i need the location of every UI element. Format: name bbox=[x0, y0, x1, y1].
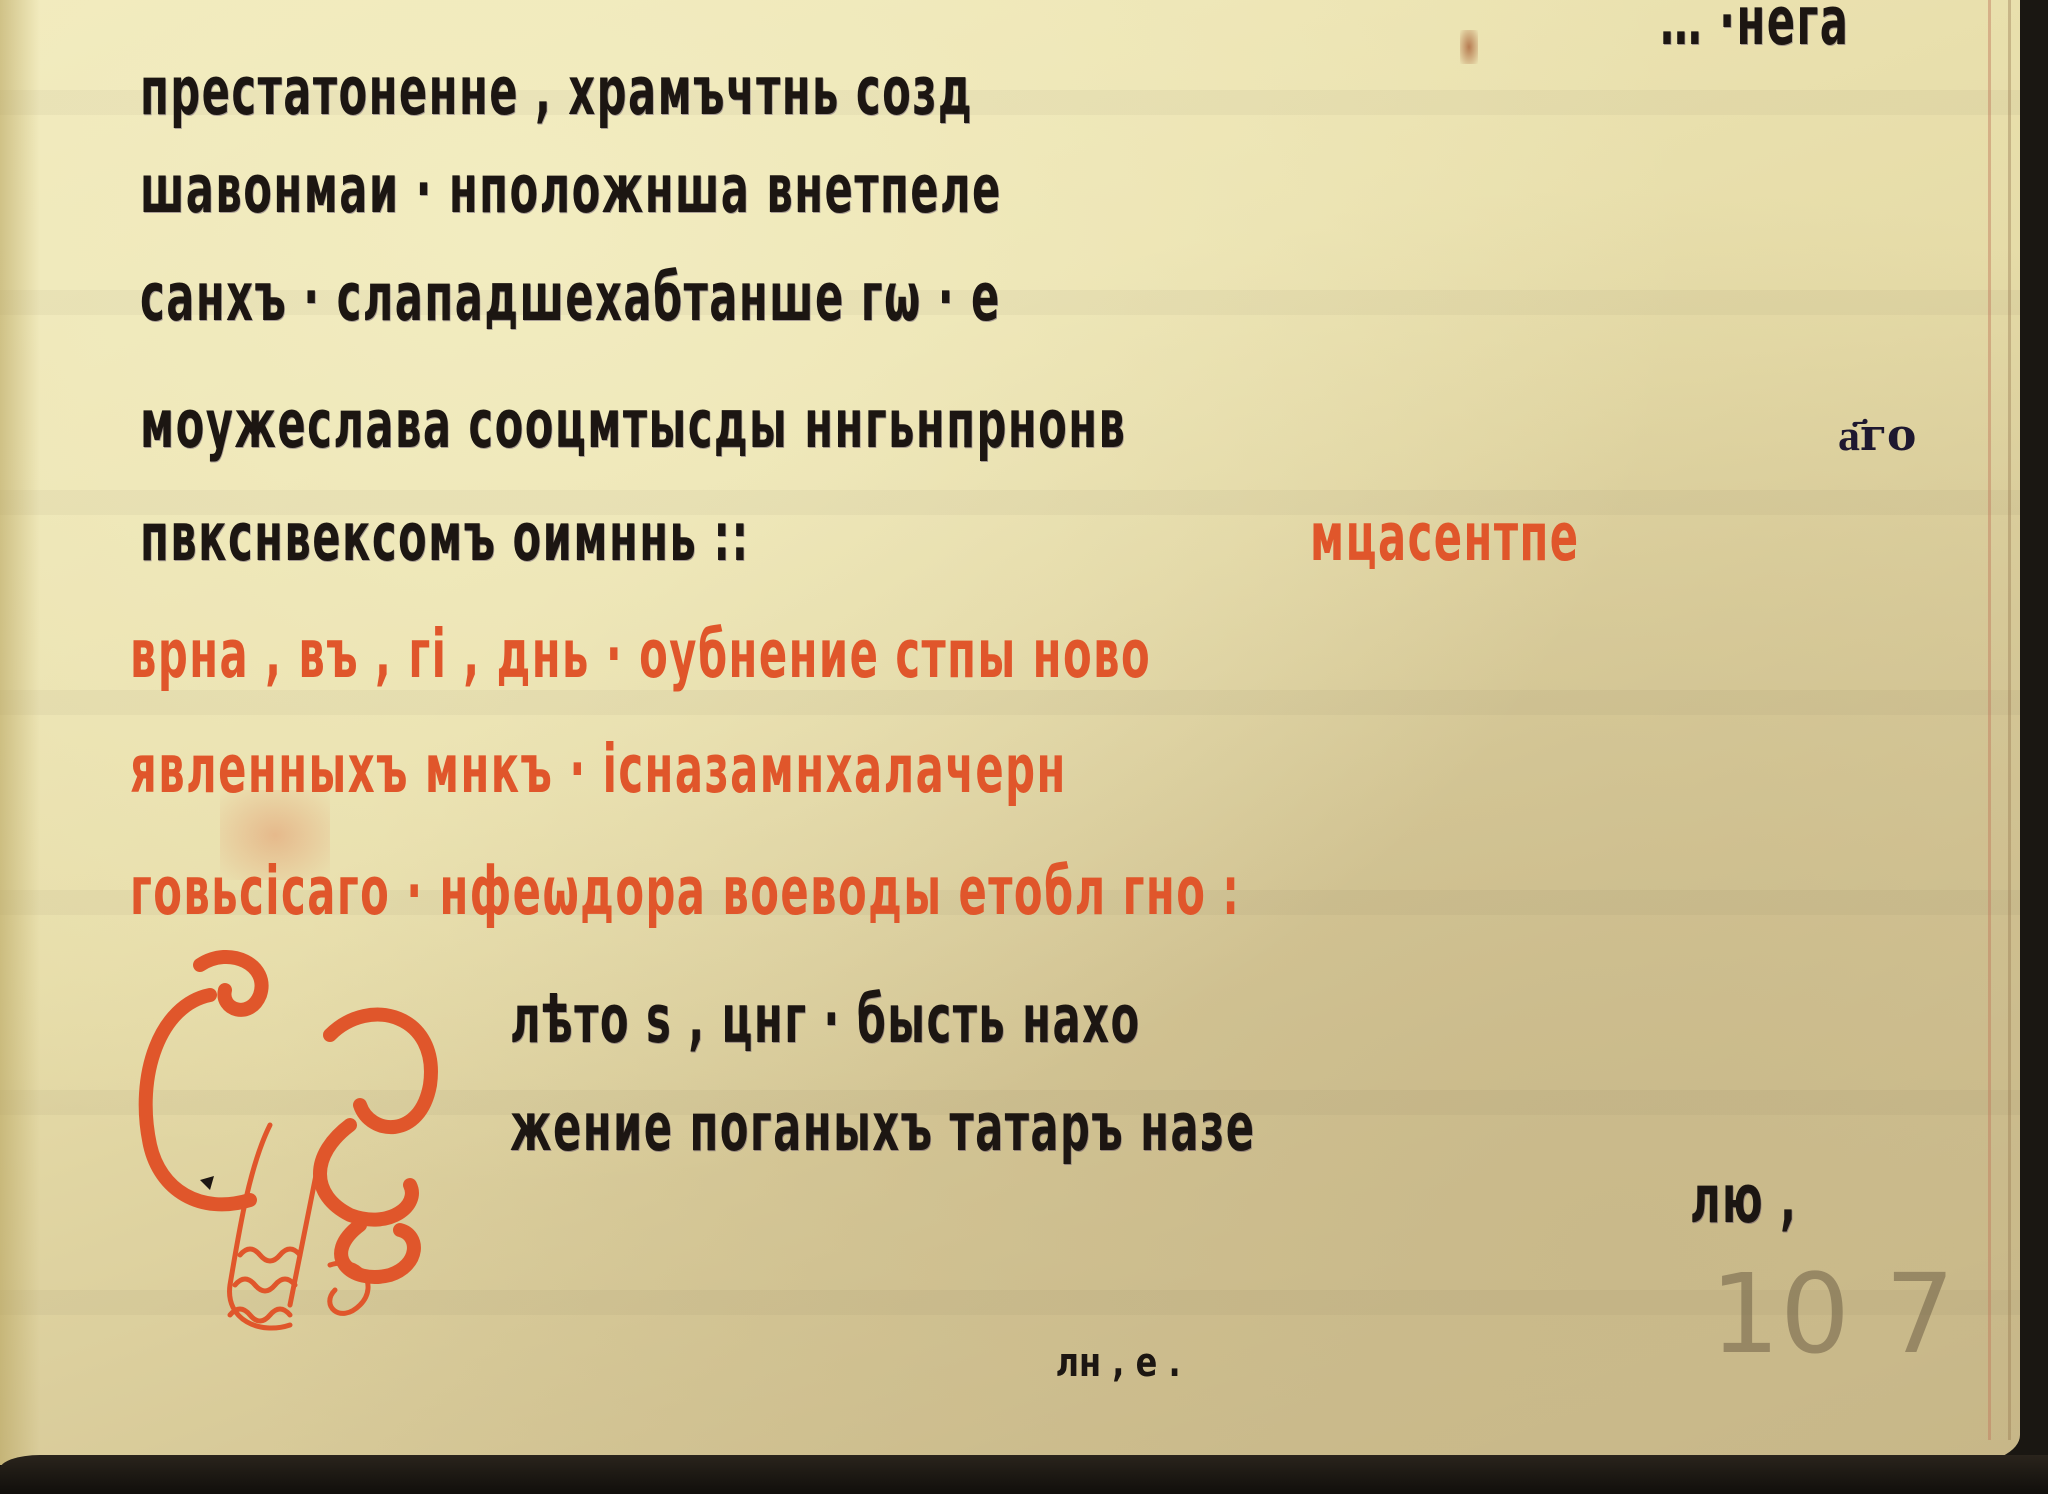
text-line-5: пвкснвексомъ оимннь :: bbox=[140, 504, 750, 571]
text-line-3: санхъ · слападшехабтанше гω · е bbox=[140, 264, 1001, 331]
rubric-line-1: врна , въ , гі , днь · оубнение стпы нов… bbox=[130, 621, 1151, 688]
manuscript-page: … ·нега престатоненне , храмъчтнь созд ш… bbox=[0, 0, 2020, 1465]
text-line-7: жение поганыхъ татаръ назе bbox=[510, 1094, 1256, 1161]
decorated-initial-letter bbox=[120, 925, 500, 1355]
rubric-line-2: явленныхъ мнкъ · існазамнхалачерн bbox=[130, 736, 1067, 803]
text-line-2: шавонмаи · нположнша внетпеле bbox=[140, 156, 1002, 223]
rubric-heading: мцасентпе bbox=[1310, 504, 1580, 571]
folio-signature: лн , е . bbox=[1056, 1340, 1181, 1386]
page-edge-line bbox=[1988, 0, 1991, 1440]
pencil-folio-number: 10 7 bbox=[1710, 1250, 1955, 1378]
marginal-note: а҃го bbox=[1838, 410, 1916, 461]
ink-stain bbox=[1460, 30, 1478, 64]
text-line-8: лю , bbox=[1690, 1166, 1797, 1233]
text-line-6: лѣто ѕ , цнг · бысть нахо bbox=[510, 986, 1141, 1053]
page-edge-line bbox=[2008, 0, 2011, 1440]
text-line-4: моужеслава сооцмтысды ннгьнпрнонв bbox=[140, 391, 1126, 458]
text-line-partial-top: … ·нега bbox=[1660, 0, 1849, 54]
text-line-1: престатоненне , храмъчтнь созд bbox=[140, 58, 973, 125]
page-gutter-shadow bbox=[0, 0, 40, 1465]
rubric-line-3: говьсісаго · нфеωдора воеводы етобл гно … bbox=[130, 858, 1240, 925]
book-binding-edge bbox=[0, 1455, 2048, 1494]
